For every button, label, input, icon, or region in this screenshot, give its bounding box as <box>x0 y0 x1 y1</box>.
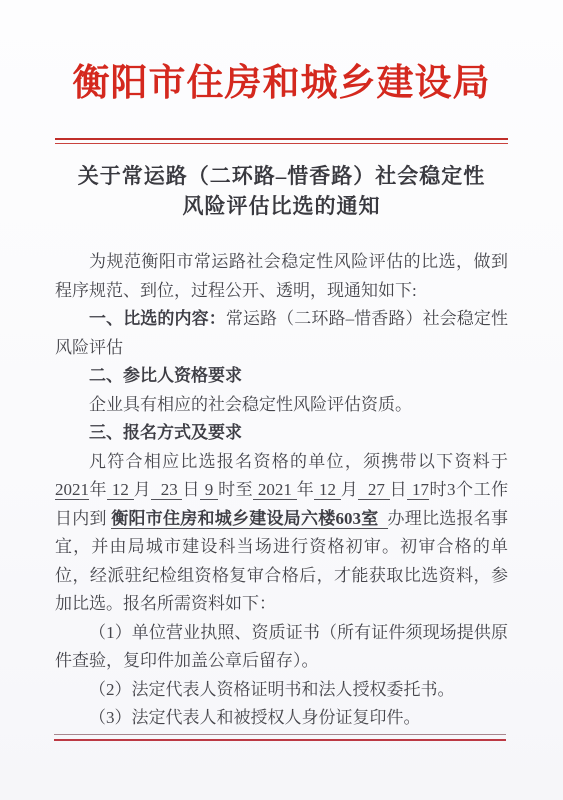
blank-start-day: 23 <box>151 480 182 500</box>
required-item-1: （1）单位营业执照、资质证书（所有证件须现场提供原件查验，复印件加盖公章后留存）… <box>55 619 508 676</box>
unit-day-2: 日 <box>390 480 408 499</box>
bottom-rule <box>54 734 506 741</box>
blank-end-month: 12 <box>314 480 341 500</box>
section-1-heading: 一、比选的内容： <box>89 309 226 328</box>
blank-start-year: 2021 <box>55 480 89 500</box>
unit-year-2: 年 <box>297 480 315 499</box>
document-title-line1: 关于常运路（二环路–惜香路）社会稳定性 <box>55 161 508 191</box>
section-2-content: 企业具有相应的社会稳定性风险评估资质。 <box>55 391 508 420</box>
registration-lead: 凡符合相应比选报名资格的单位，须携带以下资料于 <box>89 452 508 471</box>
registration-paragraph: 凡符合相应比选报名资格的单位，须携带以下资料于2021年 12 月 23 日 9… <box>55 448 508 619</box>
required-item-2: （2）法定代表人资格证明书和法人授权委托书。 <box>55 676 508 705</box>
intro-paragraph: 为规范衡阳市常运路社会稳定性风险评估的比选，做到程序规范、到位，过程公开、透明，… <box>55 248 508 305</box>
blank-start-month: 12 <box>107 480 134 500</box>
document-page: 衡阳市住房和城乡建设局 关于常运路（二环路–惜香路）社会稳定性 风险评估比选的通… <box>0 0 563 800</box>
blank-start-hour: 9 <box>200 480 218 500</box>
blank-end-day: 27 <box>358 480 389 500</box>
unit-hour-to: 时至 <box>218 480 253 499</box>
unit-month-1: 月 <box>134 480 152 499</box>
blank-end-hour: 17 <box>407 480 429 500</box>
blank-end-year: 2021 <box>253 480 297 500</box>
unit-day-1: 日 <box>182 480 200 499</box>
required-item-3: （3）法定代表人和被授权人身份证复印件。 <box>55 704 508 733</box>
blank-registration-location: 衡阳市住房和城乡建设局六楼603室 <box>111 509 387 529</box>
letterhead-org-name: 衡阳市住房和城乡建设局 <box>55 58 508 110</box>
letterhead-rule <box>55 138 508 144</box>
document-body: 为规范衡阳市常运路社会稳定性风险评估的比选，做到程序规范、到位，过程公开、透明，… <box>55 248 508 733</box>
section-1-paragraph: 一、比选的内容：常运路（二环路–惜香路）社会稳定性风险评估 <box>55 305 508 362</box>
document-title: 关于常运路（二环路–惜香路）社会稳定性 风险评估比选的通知 <box>55 161 508 221</box>
unit-year-1: 年 <box>89 480 107 499</box>
section-2-heading: 二、参比人资格要求 <box>55 362 508 391</box>
document-title-line2: 风险评估比选的通知 <box>55 191 508 221</box>
unit-month-2: 月 <box>341 480 359 499</box>
section-3-heading: 三、报名方式及要求 <box>55 419 508 448</box>
